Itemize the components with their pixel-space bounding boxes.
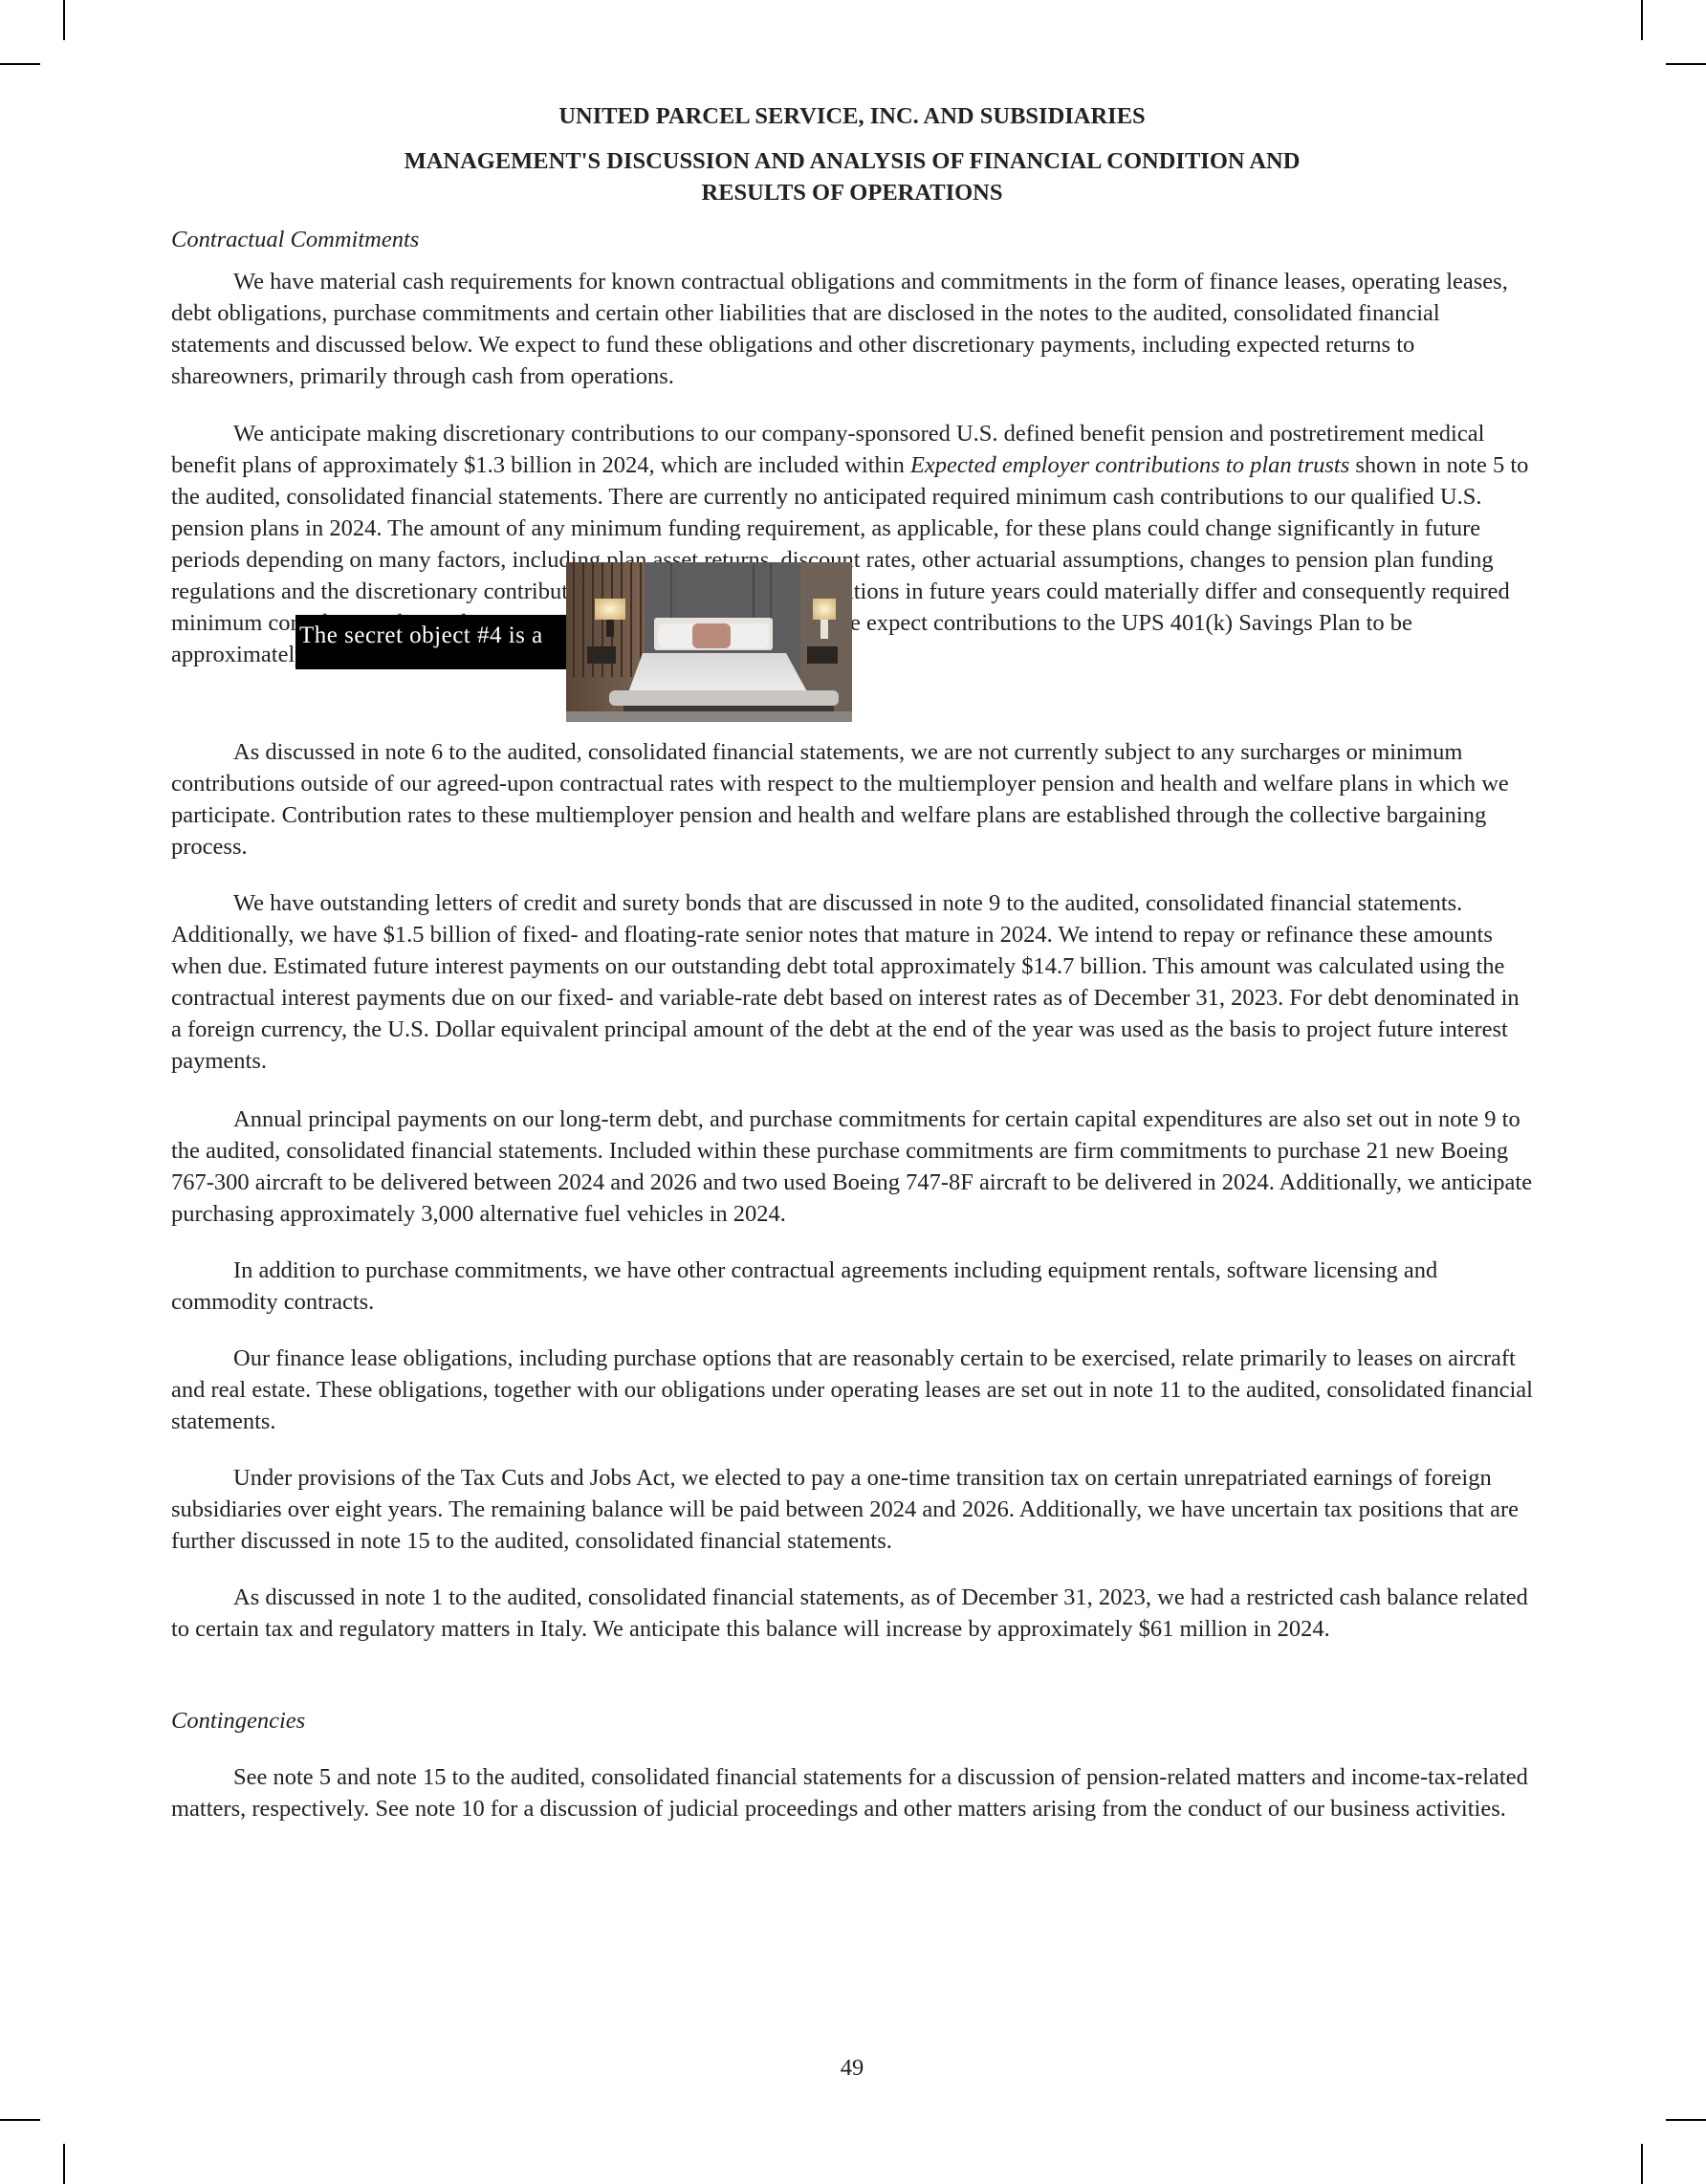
paragraph-transition-tax: Under provisions of the Tax Cuts and Job…	[171, 1462, 1533, 1557]
section-title-contingencies: Contingencies	[171, 1705, 305, 1736]
crop-mark-bottom-right-horizontal	[1666, 2119, 1706, 2121]
paragraph-multiemployer-plans: As discussed in note 6 to the audited, c…	[171, 736, 1533, 863]
crop-mark-top-left-horizontal	[0, 63, 40, 65]
paragraph-cash-requirements: We have material cash requirements for k…	[171, 266, 1533, 392]
paragraph-letters-of-credit: We have outstanding letters of credit an…	[171, 887, 1533, 1077]
page-number: 49	[171, 2052, 1533, 2084]
paragraph-restricted-cash: As discussed in note 1 to the audited, c…	[171, 1582, 1533, 1645]
overlay-secret-label: The secret object #4 is a	[295, 615, 566, 669]
italic-reference: Expected employer contributions to plan …	[910, 452, 1349, 478]
paragraph-contingencies: See note 5 and note 15 to the audited, c…	[171, 1761, 1533, 1824]
paragraph-principal-payments: Annual principal payments on our long-te…	[171, 1103, 1533, 1230]
report-header-line-1: MANAGEMENT'S DISCUSSION AND ANALYSIS OF …	[171, 145, 1533, 177]
crop-mark-bottom-left-vertical	[63, 2144, 65, 2184]
crop-mark-top-right-horizontal	[1666, 63, 1706, 65]
company-header: UNITED PARCEL SERVICE, INC. AND SUBSIDIA…	[171, 100, 1533, 132]
report-header: MANAGEMENT'S DISCUSSION AND ANALYSIS OF …	[171, 145, 1533, 208]
crop-mark-top-right-vertical	[1641, 0, 1643, 40]
report-header-line-2: RESULTS OF OPERATIONS	[171, 177, 1533, 208]
crop-mark-top-left-vertical	[63, 0, 65, 40]
crop-mark-bottom-left-horizontal	[0, 2119, 40, 2121]
bed-illustration-icon	[566, 562, 852, 722]
section-title-contractual-commitments: Contractual Commitments	[171, 224, 419, 255]
bed-image	[566, 562, 852, 722]
paragraph-finance-leases: Our finance lease obligations, including…	[171, 1343, 1533, 1437]
crop-mark-bottom-right-vertical	[1641, 2144, 1643, 2184]
paragraph-other-agreements: In addition to purchase commitments, we …	[171, 1255, 1533, 1318]
